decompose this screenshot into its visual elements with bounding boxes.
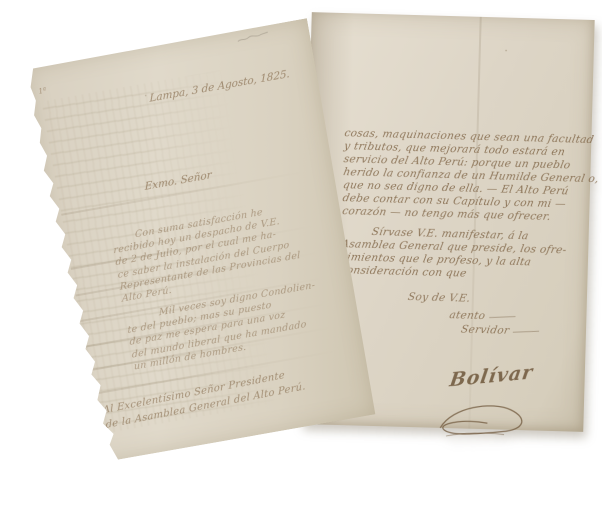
right-letter-paragraph-2: Sírvase V.E. manifestar, á la Asamblea G… [340,225,566,283]
right-letter-paragraph-1: cosas, maquinaciones que sean una facult… [342,127,600,225]
closing-line: atento [448,309,516,324]
closing-line: Soy de V.E. [407,291,472,306]
signature-rubric-flourish [432,398,543,443]
closing-line: Servidor [460,323,541,338]
pencil-notation-mark [235,28,273,46]
folio-mark: 1ª [38,87,47,96]
photo-of-two-manuscript-letters: cosas, maquinaciones que sean una facult… [0,0,602,513]
